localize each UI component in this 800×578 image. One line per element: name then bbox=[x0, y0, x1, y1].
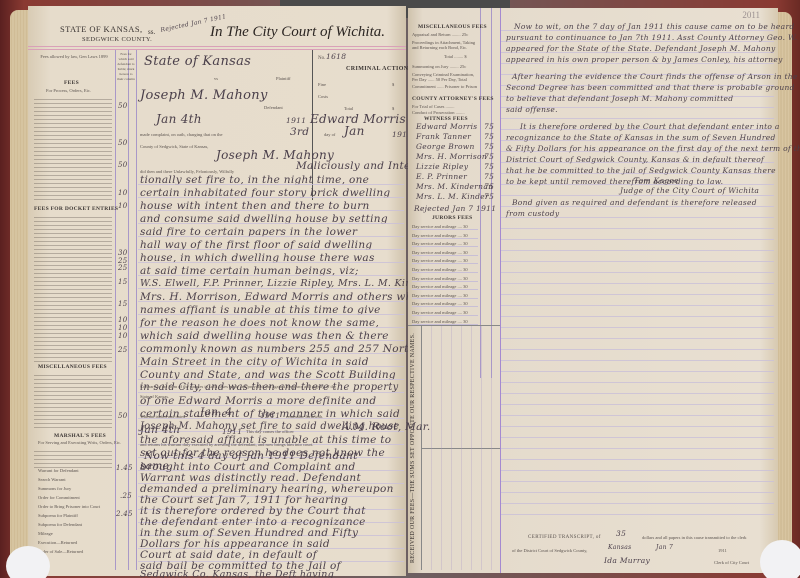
transcript-line2: of the District Court of Sedgwick County… bbox=[512, 548, 587, 553]
received-fees-banner: RECEIVED OUR FEES—THE SUMS SET OPPOSITE … bbox=[410, 333, 416, 563]
bond-note-line: from custody bbox=[506, 209, 559, 218]
witness-amount: 75 bbox=[484, 122, 494, 131]
judge-title: Judge of the City Court of Wichita bbox=[620, 186, 759, 195]
misc-fee-item: Conveying Criminal Examination, Per Day … bbox=[412, 72, 478, 82]
juror-fee-row: Day service and mileage .... 30 bbox=[412, 293, 478, 299]
transcript-mid: dollars and all papers in this cause tra… bbox=[642, 535, 746, 540]
witness-amount: 75 bbox=[484, 152, 494, 161]
witness-name: Mrs. M. Kindernan bbox=[416, 182, 493, 191]
misc-fee-item: Commitment ...... Prisoner to Prison bbox=[412, 84, 477, 89]
juror-fee-row: Day service and mileage .... 30 bbox=[412, 301, 478, 307]
county-attorney-fees-title: COUNTY ATTORNEY'S FEES bbox=[412, 96, 494, 102]
juror-fee-row: Day service and mileage .... 30 bbox=[412, 284, 478, 290]
witness-name: Mrs. L. M. Kinder bbox=[416, 192, 489, 201]
glove-left bbox=[6, 546, 50, 578]
juror-fee-row: Day service and mileage .... 30 bbox=[412, 267, 478, 273]
bond-note-line: Bond given as required and defendant is … bbox=[512, 198, 757, 207]
proceedings-line: Sedgwick Co. Kansas, the Deft having bbox=[140, 569, 334, 578]
juror-fee-row: Day service and mileage .... 30 bbox=[412, 258, 478, 264]
journal-line: to be kept until removed therefrom accor… bbox=[506, 177, 723, 186]
judge-signature: Tom Kagee bbox=[634, 176, 679, 185]
journal-line: that he be committed to the jail of Sedg… bbox=[506, 166, 776, 175]
journal-line: appeared for the State of the State. Def… bbox=[506, 44, 776, 53]
juror-fee-row: Day service and mileage .... 30 bbox=[412, 310, 478, 316]
misc-fee-item: Appraisal and Return ........ 25c bbox=[412, 32, 468, 37]
juror-fee-row: Day service and mileage .... 30 bbox=[412, 319, 478, 325]
witness-name: George Brown bbox=[416, 142, 475, 151]
glove-right bbox=[760, 540, 800, 578]
misc-fee-item: Total ........ $ bbox=[444, 54, 467, 59]
journal-line: & Fifty Dollars for his appearance on th… bbox=[506, 144, 800, 153]
witness-amount: 75 bbox=[484, 192, 494, 201]
clerk-label: Clerk of City Court bbox=[714, 560, 749, 565]
witness-amount: 75 bbox=[484, 172, 494, 181]
clerk-signature: Ida Murray bbox=[604, 556, 650, 565]
misc-fee-item: Summoning on Jury ........ 25c bbox=[412, 64, 466, 69]
witness-amount: 75 bbox=[484, 132, 494, 141]
journal-line: recognizance to the State of Kansas in t… bbox=[506, 133, 776, 142]
jurors-fees-title: JURORS FEES bbox=[432, 215, 472, 221]
witness-name: E. P. Prinner bbox=[416, 172, 467, 181]
proceedings: Now this 4 day of Jan 1911 Defendant bro… bbox=[28, 6, 406, 576]
transcript-state: Kansas bbox=[608, 544, 631, 551]
juror-fee-row: Day service and mileage .... 30 bbox=[412, 233, 478, 239]
journal-line: said offense. bbox=[506, 105, 558, 114]
juror-fee-row: Day service and mileage .... 30 bbox=[412, 241, 478, 247]
witness-name: Lizzie Ripley bbox=[416, 162, 468, 171]
county-attorney-item: Conduct of Prosecution ........ bbox=[412, 110, 465, 115]
transcript-year: 1911 bbox=[718, 548, 727, 553]
witness-amount: 75 bbox=[484, 162, 494, 171]
county-attorney-item: For Trial of Cases ........ bbox=[412, 104, 455, 109]
journal-line: appeared in his own proper person & by J… bbox=[506, 55, 783, 64]
journal-line: After hearing the evidence the Court fin… bbox=[512, 72, 798, 81]
witness-amount: 75 bbox=[484, 182, 494, 191]
transcript-amount: 35 bbox=[616, 529, 626, 538]
misc-fees-title: MISCELLANEOUS FEES bbox=[418, 24, 487, 30]
transcript-label: CERTIFIED TRANSCRIPT, of bbox=[528, 535, 601, 540]
journal-line: to believe that defendant Joseph M. Maho… bbox=[506, 94, 733, 103]
witness-footer-note: Rejected Jan 7 1911 bbox=[414, 204, 496, 213]
page-number: 2011 bbox=[742, 10, 760, 20]
witness-name: Edward Morris bbox=[416, 122, 477, 131]
juror-fee-row: Day service and mileage .... 30 bbox=[412, 224, 478, 230]
witness-name: Mrs. H. Morrison bbox=[416, 152, 487, 161]
journal-line: District Court of Sedgwick County, Kansa… bbox=[506, 155, 764, 164]
journal-line: Now to wit, on the 7 day of Jan 1911 thi… bbox=[514, 22, 794, 31]
juror-fee-row: Day service and mileage .... 30 bbox=[412, 276, 478, 282]
witness-amount: 75 bbox=[484, 142, 494, 151]
journal-line: Second Degree has been committed and tha… bbox=[506, 83, 795, 92]
juror-fee-row: Day service and mileage .... 30 bbox=[412, 250, 478, 256]
journal-line: pursuant to continuance to Jan 7th 1911.… bbox=[506, 33, 800, 42]
misc-fee-item: Proceedings in Attachment, Taking and Re… bbox=[412, 40, 478, 50]
witness-name: Frank Tanner bbox=[416, 132, 471, 141]
transcript-date: Jan 7 bbox=[656, 544, 673, 551]
right-page: 2011 MISCELLANEOUS FEES Appraisal and Re… bbox=[408, 8, 778, 573]
journal-line: It is therefore ordered by the Court tha… bbox=[520, 122, 780, 131]
